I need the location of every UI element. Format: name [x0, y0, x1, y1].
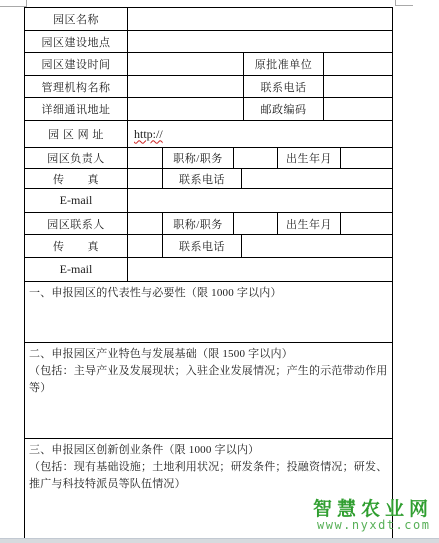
table-row-mailing-address: 详细通讯地址 邮政编码 — [25, 98, 393, 121]
contact-title-label: 职称/职务 — [163, 213, 234, 235]
mailing-address-label: 详细通讯地址 — [25, 98, 128, 121]
website-label: 园 区 网 址 — [25, 121, 128, 148]
table-row-leader-fax: 传 真 联系电话 — [25, 169, 393, 189]
contact-email-input[interactable] — [128, 258, 393, 282]
contact-birthdate-label: 出生年月 — [278, 213, 341, 235]
table-row-park-contact: 园区联系人 职称/职务 出生年月 — [25, 213, 393, 235]
table-row-section1: 一、申报园区的代表性与必要性（限 1000 字以内） — [25, 282, 393, 343]
table-row-park-name: 园区名称 — [25, 8, 393, 31]
leader-birthdate-input[interactable] — [341, 148, 393, 169]
build-time-input[interactable] — [128, 53, 244, 76]
table-row-build-time: 园区建设时间 原批准单位 — [25, 53, 393, 76]
watermark-site-name: 智慧农业网 — [313, 494, 433, 521]
contact-title-input[interactable] — [234, 213, 278, 235]
postal-code-input[interactable] — [324, 98, 393, 121]
application-form-table: 园区名称 园区建设地点 园区建设时间 原批准单位 管理机构名称 联系电话 详细通… — [24, 7, 393, 543]
contact-birthdate-input[interactable] — [341, 213, 393, 235]
page-margin-mark-left — [0, 6, 27, 7]
park-contact-label: 园区联系人 — [25, 213, 128, 235]
leader-birthdate-label: 出生年月 — [278, 148, 341, 169]
page-margin-mark-right-tick — [395, 0, 396, 5]
page-margin-mark-right — [395, 5, 413, 6]
watermark-site-url: www.nyxdt.com — [317, 518, 430, 532]
park-contact-input[interactable] — [128, 213, 163, 235]
document-page: 园区名称 园区建设地点 园区建设时间 原批准单位 管理机构名称 联系电话 详细通… — [0, 0, 439, 543]
table-row-management-org: 管理机构名称 联系电话 — [25, 76, 393, 98]
section3-note: （包括：现有基础设施；土地利用状况；研发条件；投融资情况；研发、推广与科技特派员… — [29, 459, 389, 493]
park-leader-label: 园区负责人 — [25, 148, 128, 169]
leader-fax-label: 传 真 — [25, 169, 128, 189]
section1-title: 一、申报园区的代表性与必要性（限 1000 字以内） — [29, 285, 389, 302]
park-leader-input[interactable] — [128, 148, 163, 169]
leader-email-label: E-mail — [25, 189, 128, 213]
park-name-input[interactable] — [128, 8, 393, 31]
contact-email-label: E-mail — [25, 258, 128, 282]
park-location-input[interactable] — [128, 31, 393, 53]
approval-unit-label: 原批准单位 — [244, 53, 324, 76]
mailing-address-input[interactable] — [128, 98, 244, 121]
table-row-park-location: 园区建设地点 — [25, 31, 393, 53]
table-row-website: 园 区 网 址 http:// — [25, 121, 393, 148]
leader-email-input[interactable] — [128, 189, 393, 213]
leader-title-label: 职称/职务 — [163, 148, 234, 169]
website-input[interactable]: http:// — [128, 121, 393, 148]
contact-fax-label: 传 真 — [25, 235, 128, 258]
park-name-label: 园区名称 — [25, 8, 128, 31]
table-row-contact-fax: 传 真 联系电话 — [25, 235, 393, 258]
park-location-label: 园区建设地点 — [25, 31, 128, 53]
table-row-leader-email: E-mail — [25, 189, 393, 213]
section2-title: 二、申报园区产业特色与发展基础（限 1500 字以内） — [29, 346, 389, 363]
leader-fax-input[interactable] — [128, 169, 163, 189]
approval-unit-input[interactable] — [324, 53, 393, 76]
website-url-prefix: http:// — [134, 127, 163, 142]
leader-phone-label: 联系电话 — [163, 169, 242, 189]
horizontal-scrollbar-track[interactable] — [0, 538, 439, 543]
leader-title-input[interactable] — [234, 148, 278, 169]
contact-fax-input[interactable] — [128, 235, 163, 258]
contact-phone2-input[interactable] — [242, 235, 393, 258]
table-row-contact-email: E-mail — [25, 258, 393, 282]
management-org-input[interactable] — [128, 76, 244, 98]
section2-writing-area[interactable]: 二、申报园区产业特色与发展基础（限 1500 字以内） （包括：主导产业及发展现… — [25, 343, 393, 439]
management-org-label: 管理机构名称 — [25, 76, 128, 98]
contact-phone-label: 联系电话 — [244, 76, 324, 98]
section3-title: 三、申报园区创新创业条件（限 1000 字以内） — [29, 442, 389, 459]
contact-phone-input[interactable] — [324, 76, 393, 98]
page-margin-mark-left-tick — [26, 0, 27, 7]
postal-code-label: 邮政编码 — [244, 98, 324, 121]
build-time-label: 园区建设时间 — [25, 53, 128, 76]
table-row-park-leader: 园区负责人 职称/职务 出生年月 — [25, 148, 393, 169]
section1-writing-area[interactable]: 一、申报园区的代表性与必要性（限 1000 字以内） — [25, 282, 393, 343]
leader-phone-input[interactable] — [242, 169, 393, 189]
table-row-section2: 二、申报园区产业特色与发展基础（限 1500 字以内） （包括：主导产业及发展现… — [25, 343, 393, 439]
section2-note: （包括：主导产业及发展现状；入驻企业发展情况；产生的示范带动作用等） — [29, 363, 389, 397]
contact-phone2-label: 联系电话 — [163, 235, 242, 258]
